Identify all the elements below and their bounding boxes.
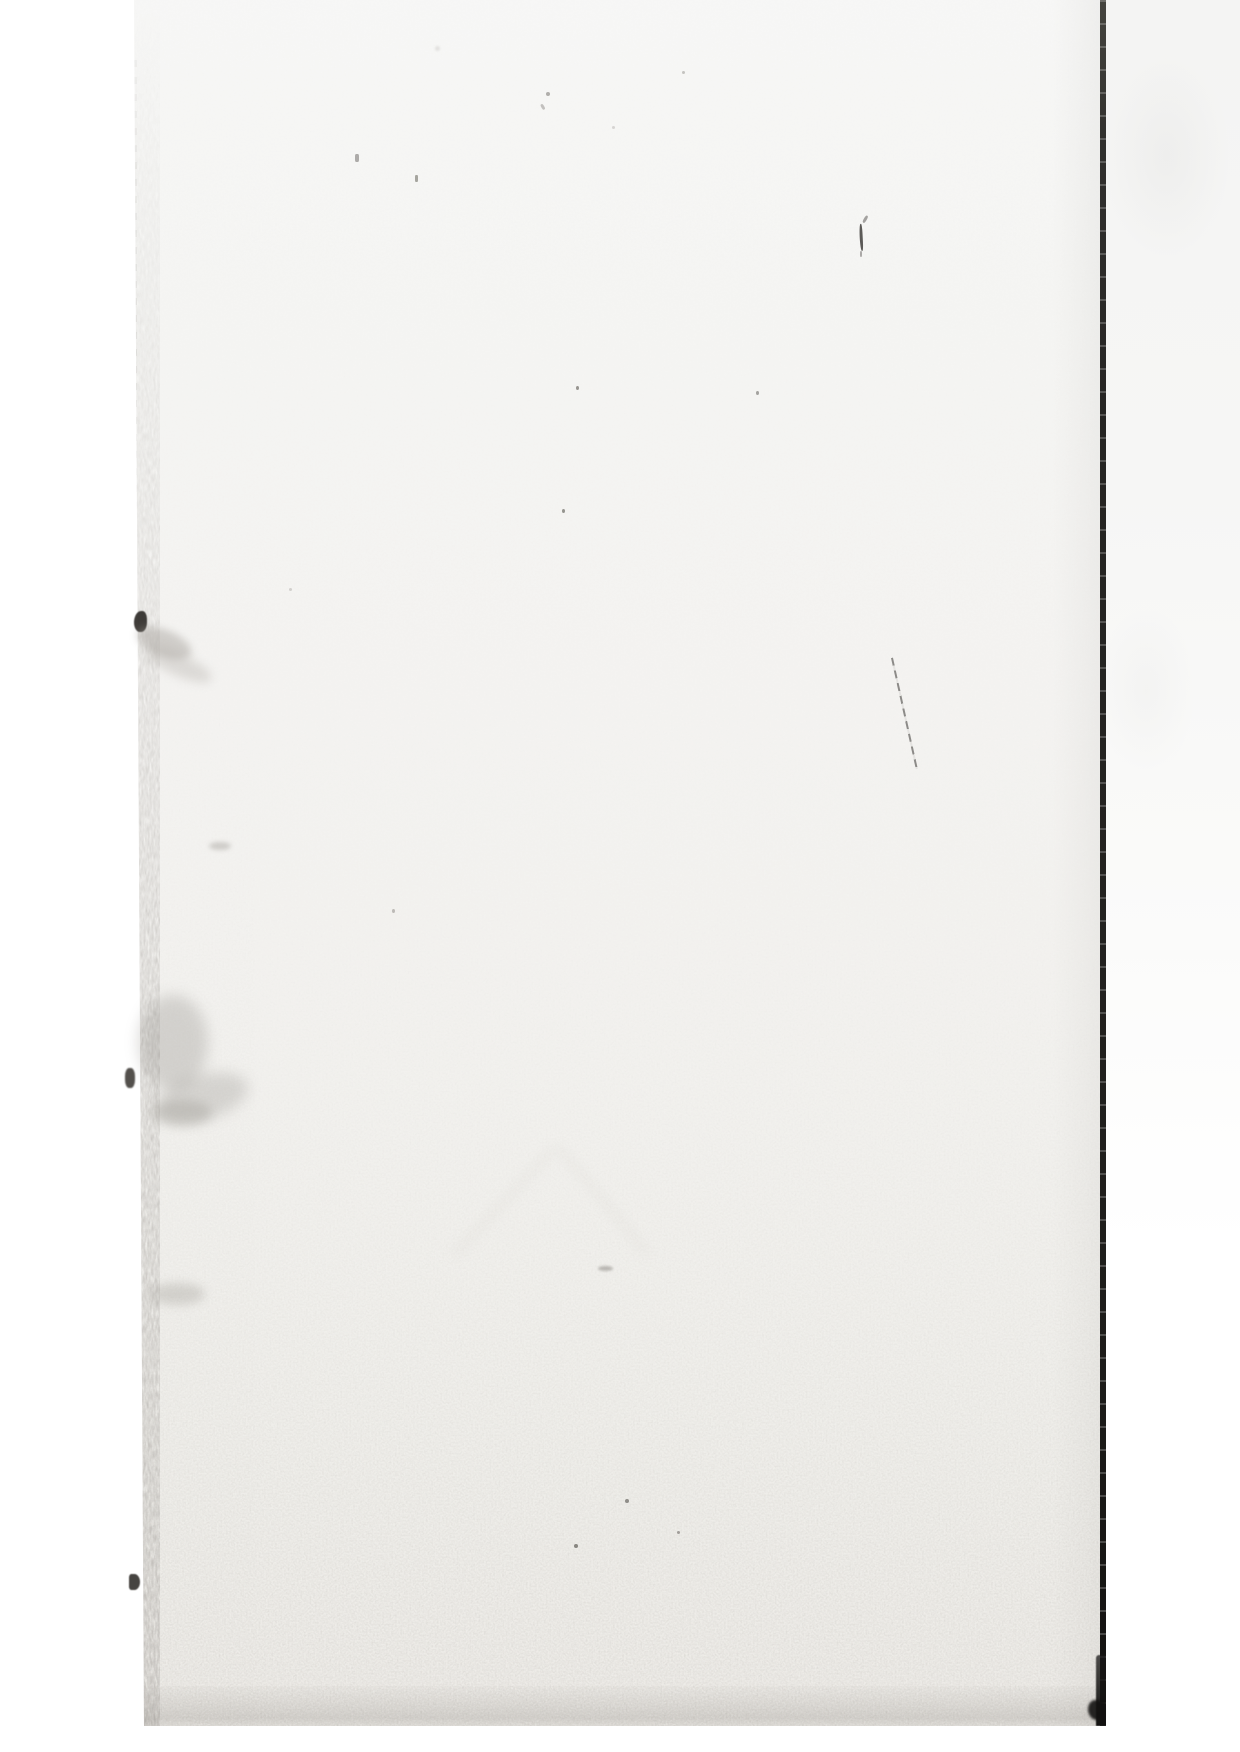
paper-grain-texture <box>130 0 1106 1726</box>
binding-ink-blob <box>125 1068 135 1088</box>
bottom-texture-band <box>130 1686 1106 1726</box>
adjacent-page-strip <box>1106 0 1240 1726</box>
page-right-edge-bottom-thickening <box>1096 1655 1106 1726</box>
edge-notch <box>129 1574 140 1590</box>
scanned-book-page-photo <box>0 0 1240 1752</box>
binding-edge-speckle-line <box>134 60 137 1726</box>
scan-canvas: { "meta": { "description": "Scanned blan… <box>0 0 1240 1752</box>
page-curl-shading <box>1047 0 1101 1726</box>
book-page <box>130 0 1106 1726</box>
scanner-light-cloud <box>1106 0 1240 1726</box>
